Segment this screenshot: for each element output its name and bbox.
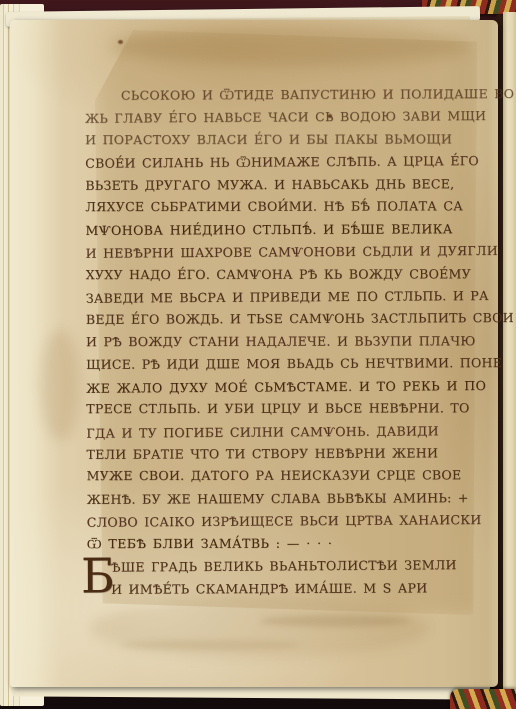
manuscript-text-line: вьзеть другаго мужа. и навьсакь днь весе… [85,173,473,197]
ink-speck [118,40,123,44]
manuscript-text-line: и рѣ вожду стани надалече. и вьзупи плач… [86,330,474,353]
manuscript-text-line: тели братіе что ти створу невѣрни жени [86,442,474,466]
manuscript-text-line: ѿ тебѣ блви зама́твь : — · · · [87,532,475,555]
headband-ornament-bottom [450,689,516,709]
manuscript-text-line: мѱонова ние́дино стльпѣ́. и бѣ́ше велика [85,218,473,242]
parchment-stain [110,26,470,66]
manuscript-text-line: женѣ. бу же нашему слава вьвѣкы аминь: + [87,487,475,511]
manuscript-text-line: же жало духу мое́ сьмѣстаме. и то рекь и… [86,375,474,400]
manuscript-text-line: жь главу е́го навьсе часи сь водою зави … [85,105,473,130]
manuscript-text-line: слово ісаіко изрѣищесе вьси цртва ханаис… [87,509,475,534]
manuscript-text-line: сьсокою и ѿтиде вапустиню и полидаше во [85,83,473,107]
manuscript-text-line: ляхусе сьбратими свои́ми. нѣ бѣ́ полата … [85,195,473,218]
parchment-stain [40,330,80,440]
manuscript-text-line: тресе стльпь. и уби црцу и вьсе невѣрни.… [86,397,474,420]
initial-letter: Б [81,552,115,600]
manuscript-text-line: ѣше градь великь вьаньтолистѣи земли [87,554,475,579]
manuscript-text-line: муже свои. датого ра неисказуи срце свое [87,465,475,488]
text-block: сьсокою и ѿтиде вапустиню и полидаше во … [85,83,475,605]
manuscript-text-line: веде е́го вождь. и тьѕе самѱонь застльпи… [86,308,474,332]
manuscript-text-line: и порастоху власи е́го и бы пакы вьмощи [85,128,473,151]
manuscript-text-line: щисе. рѣ иди дше моя вьадь сь нечтвими. … [86,352,474,376]
ink-bleedthrough [120,640,300,650]
adjacent-page-edge [503,12,516,696]
manuscript-text-line: заведи ме вьсра и приведи ме по стльпь. … [86,285,474,310]
manuscript-text-line: гда и ту погибе силни самѱонь. давиди [86,420,474,445]
manuscript-text-line: и невѣрни шахрове самѱонови сьдли и дуяг… [86,240,474,265]
manuscript-book-photo: сьсокою и ѿтиде вапустиню и полидаше во … [0,0,516,709]
manuscript-text-line: свое́и силань нь ѿнимаже слѣпь. а црца е… [85,150,473,175]
ink-bleedthrough [260,615,410,627]
manuscript-text-line: и имѣе́ть скамандрѣ има́ше. м ѕ ари [87,577,475,601]
manuscript-text-line: хуху надо е́го. самѱона рѣ кь вожду свое… [86,263,474,286]
